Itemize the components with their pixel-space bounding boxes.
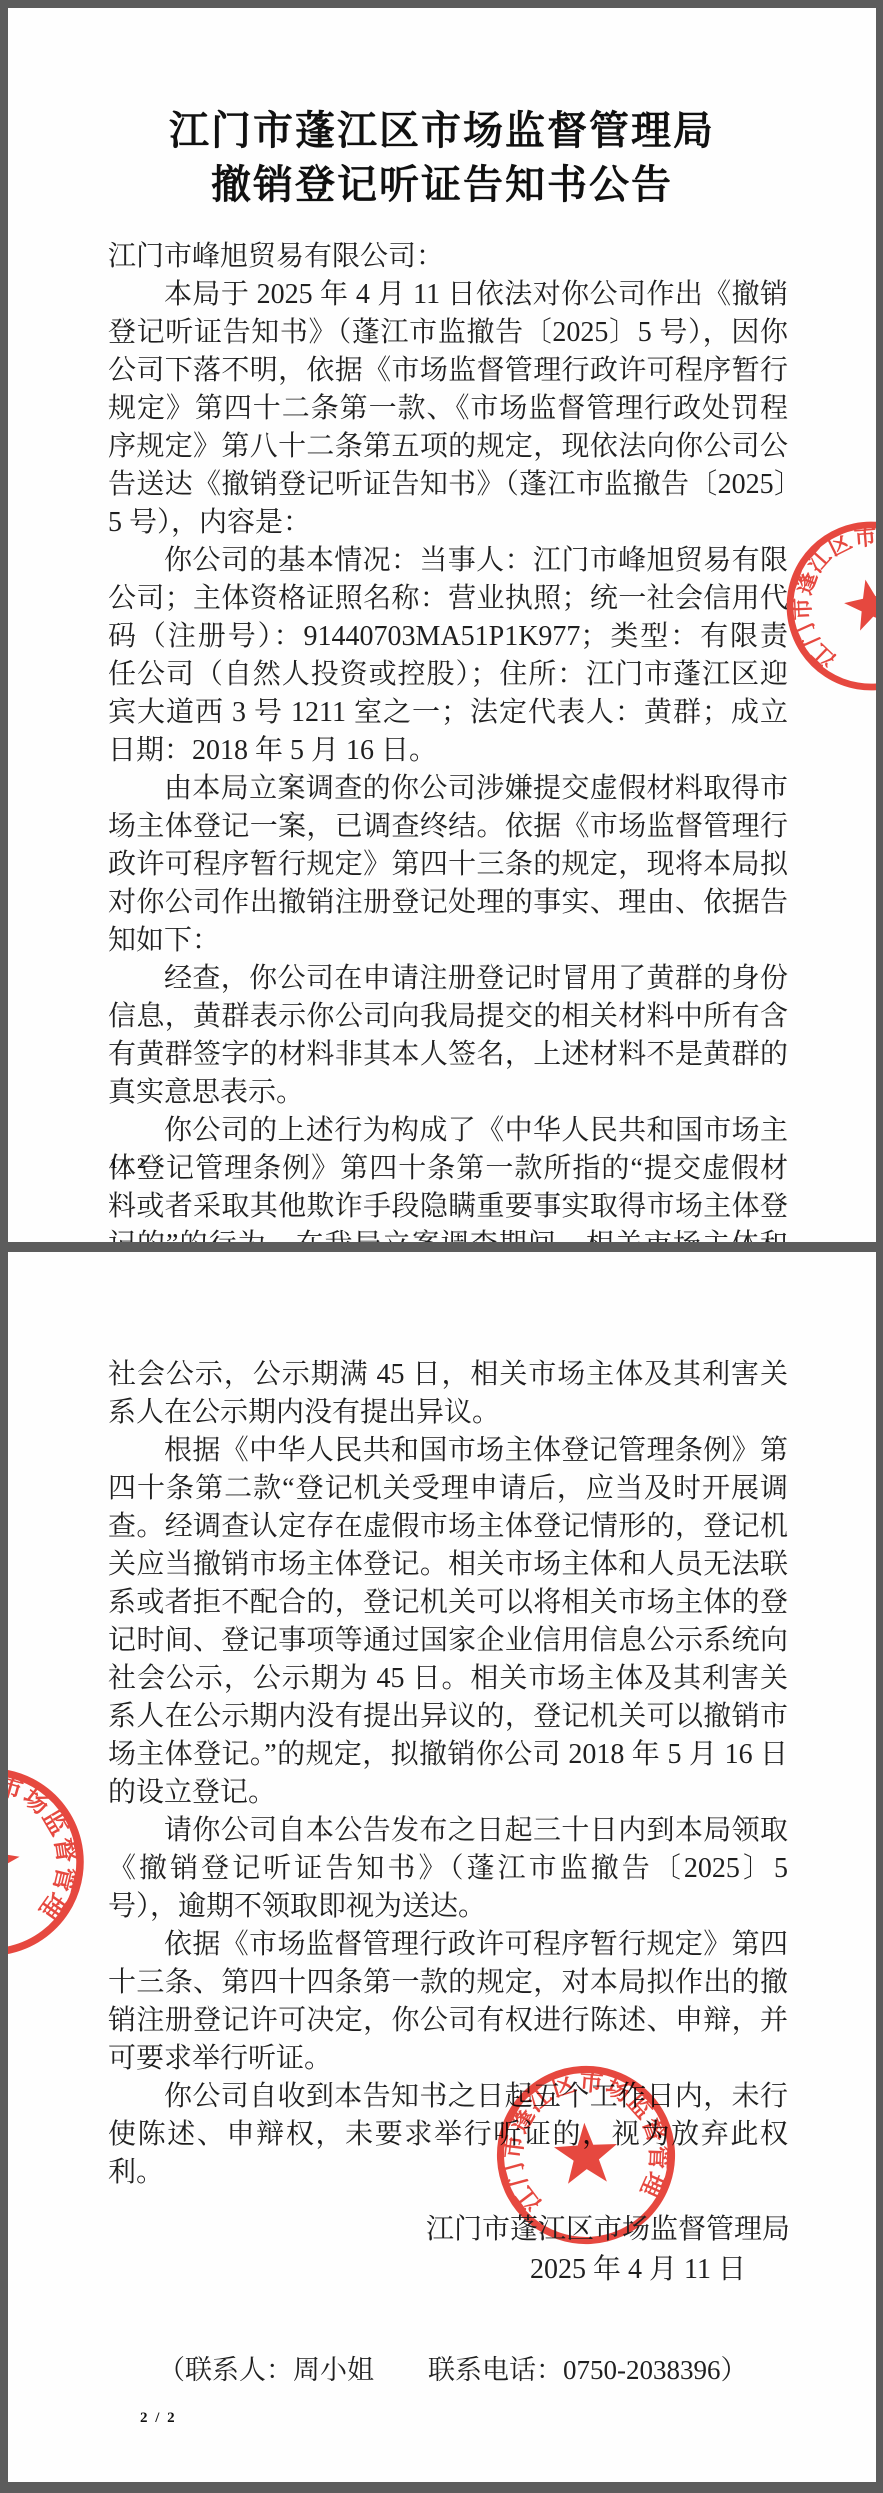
paragraph: 你公司自收到本告知书之日起五个工作日内，未行使陈述、申辩权，未要求举行听证的，视… — [108, 2078, 788, 2192]
signature-organization: 江门市蓬江区市场监督管理局 — [8, 2210, 790, 2250]
paragraph-continuation: 社会公示，公示期满 45 日，相关市场主体及其利害关系人在公示期内没有提出异议。 — [108, 1356, 788, 1432]
seal-star-icon — [840, 574, 876, 632]
document-page-2: 社会公示，公示期满 45 日，相关市场主体及其利害关系人在公示期内没有提出异议。… — [8, 1252, 876, 2482]
paragraph: 根据《中华人民共和国市场主体登记管理条例》第四十条第二款“登记机关受理申请后，应… — [108, 1432, 788, 1812]
page-number: 2 / 2 — [140, 2410, 177, 2427]
official-seal-partial-left: 江门市蓬江区市场监督管理局 — [8, 1749, 103, 1975]
page1-body: 江门市峰旭贸易有限公司： 本局于 2025 年 4 月 11 日依法对你公司作出… — [108, 238, 788, 1242]
page2-body: 社会公示，公示期满 45 日，相关市场主体及其利害关系人在公示期内没有提出异议。… — [108, 1356, 788, 2192]
title-line-1: 江门市蓬江区市场监督管理局 — [8, 104, 876, 158]
document-title: 江门市蓬江区市场监督管理局 撤销登记听证告知书公告 — [8, 104, 876, 212]
page-number: 1 / 2 — [110, 1156, 147, 1173]
scan-background: 江门市蓬江区市场监督管理局 撤销登记听证告知书公告 江门市峰旭贸易有限公司： 本… — [0, 0, 883, 2493]
contact-line: （联系人：周小姐 联系电话：0750-2038396） — [158, 2348, 876, 2387]
seal-star-icon — [8, 1828, 22, 1890]
paragraph: 你公司的上述行为构成了《中华人民共和国市场主体登记管理条例》第四十条第一款所指的… — [108, 1112, 788, 1242]
paragraph: 你公司的基本情况：当事人：江门市峰旭贸易有限公司；主体资格证照名称：营业执照；统… — [108, 542, 788, 770]
seal-arc-text: 江门市蓬江区市场监督管理局 — [8, 1749, 98, 1935]
title-line-2: 撤销登记听证告知书公告 — [8, 158, 876, 212]
paragraph: 由本局立案调查的你公司涉嫌提交虚假材料取得市场主体登记一案，已调查终结。依据《市… — [108, 770, 788, 960]
paragraph: 经查，你公司在申请注册登记时冒用了黄群的身份信息，黄群表示你公司向我局提交的相关… — [108, 960, 788, 1112]
salutation: 江门市峰旭贸易有限公司： — [108, 238, 788, 276]
paragraph: 请你公司自本公告发布之日起三十日内到本局领取《撤销登记听证告知书》（蓬江市监撤告… — [108, 1812, 788, 1926]
paragraph: 依据《市场监督管理行政许可程序暂行规定》第四十三条、第四十四条第一款的规定，对本… — [108, 1926, 788, 2078]
signature-date: 2025 年 4 月 11 日 — [8, 2250, 790, 2290]
document-page-1: 江门市蓬江区市场监督管理局 撤销登记听证告知书公告 江门市峰旭贸易有限公司： 本… — [8, 8, 876, 1242]
svg-text:江门市蓬江区市场监督管理局: 江门市蓬江区市场监督管理局 — [8, 1749, 98, 1935]
paragraph: 本局于 2025 年 4 月 11 日依法对你公司作出《撤销登记听证告知书》（蓬… — [108, 276, 788, 542]
signature-block: 江门市蓬江区市场监督管理局 2025 年 4 月 11 日 — [8, 2210, 790, 2290]
